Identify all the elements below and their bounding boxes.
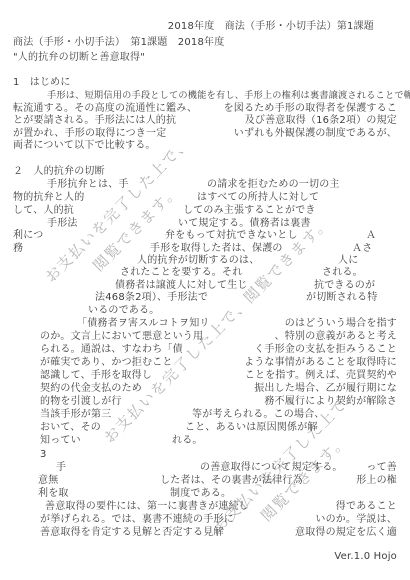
text-fragment: 制度である。	[170, 488, 231, 500]
text-fragment: 手形を取得した者は、保護の	[150, 243, 283, 255]
text-fragment: Ａさ	[352, 243, 372, 255]
text-fragment: のはどういう場合を指す	[285, 318, 397, 330]
text-fragment: 契約の代金支払のため	[40, 383, 142, 395]
text-fragment: 振出した場合、乙が履行期にな	[254, 383, 397, 395]
document-page: お支払いを完了した上で、閲覧できます。お支払いを完了した上で、閲覧できます。お支…	[0, 0, 410, 580]
text-fragment: が置かれ、手形の取得につき一定	[13, 128, 166, 140]
text-fragment: 善意取得を肯定する見解と否定する見解	[40, 527, 224, 539]
text-fragment: した者は、その裏書が法律行為	[160, 475, 303, 487]
text-fragment: 転流通する。その高度の流通性に鑑み、	[13, 103, 197, 115]
text-fragment: 善意取得の要件には、第一に裏書きが連続し	[45, 501, 249, 513]
section-2-heading: ２ 人的抗弁の切断	[13, 166, 105, 178]
text-fragment: 債務者は譲渡人に対して生じ	[115, 280, 248, 292]
text-fragment: 法468条2項）、手形法で	[95, 292, 208, 304]
text-fragment: いのか。学説は、	[315, 514, 397, 526]
text-fragment: 両者について以下で比較する。	[13, 140, 156, 152]
text-fragment: 手形法	[47, 218, 78, 230]
text-fragment: 人に	[338, 255, 358, 267]
text-fragment: いずれも外観保護の制度であるが、	[234, 128, 397, 140]
text-fragment: られる。通説は、すなわち「債	[40, 344, 183, 356]
text-fragment: してのみ主張することができ	[183, 205, 316, 217]
text-fragment: 等が考えられる。この場合、	[192, 409, 325, 421]
text-fragment: 当該手形が第三	[40, 409, 111, 421]
header-line: 2018年度 商法（手形・小切手法）第1課題	[168, 21, 374, 33]
text-fragment: って善	[366, 462, 397, 474]
text-fragment: 的物を引渡しが行	[40, 396, 122, 408]
text-fragment: いて規定する。債務者は裏書	[178, 218, 311, 230]
text-fragment: 、特別の意義があると考え	[275, 331, 397, 343]
text-fragment: を図るため手形の取得者を保護するこ	[224, 103, 397, 115]
text-fragment: が切断される特	[306, 292, 377, 304]
title-line: 商法（手形・小切手法） 第1課題 2018年度	[13, 37, 224, 49]
text-fragment: 物的抗弁と人的	[13, 192, 84, 204]
section-1-heading: 1 はじめに	[13, 77, 71, 89]
text-fragment: 務不履行により契約が解除さ	[264, 396, 397, 408]
text-fragment: 知ってい	[40, 435, 81, 447]
text-fragment: おいて、その	[40, 422, 101, 434]
text-fragment: 意無	[38, 475, 58, 487]
text-fragment: ような事情があることを取得時に	[244, 357, 397, 369]
text-fragment: 及び善意取得（16条2項）の規定	[245, 115, 397, 127]
subtitle-line: "人的抗弁の切断と善意取得"	[13, 52, 145, 64]
text-fragment: こと、あるいは原因関係が解	[185, 422, 318, 434]
text-fragment: 利を取	[38, 488, 69, 500]
text-fragment: が挙げられる。では、裏書不連続の手形に	[40, 514, 234, 526]
text-fragment: 手	[56, 462, 66, 474]
text-fragment: 抗できるのが	[314, 280, 375, 292]
text-fragment: 利につ	[13, 230, 43, 242]
text-fragment: 「債務者ヲ害スルコトヲ知リ	[77, 318, 210, 330]
text-fragment: が確実であり、かつ拒むこと	[40, 357, 173, 369]
text-fragment: 認識して、手形を取得し	[40, 370, 152, 382]
text-fragment: の善意取得について規定する。	[200, 462, 343, 474]
text-fragment: とが要請される。手形法には人的抗	[13, 115, 176, 127]
text-fragment: 得であること	[336, 501, 397, 513]
text-fragment: 手形は、短期信用の手段としての機能を有し、手形上の権利は裏書譲渡されることで輾	[47, 90, 410, 102]
text-fragment: はすべての所持人に対して	[197, 192, 319, 204]
version-label: Ver.1.0 Hojo	[334, 551, 397, 563]
text-fragment: Ａ	[366, 230, 376, 242]
text-fragment: の請求を拒むための一切の主	[207, 179, 340, 191]
text-fragment: く手形金の支払を拒みうること	[254, 344, 397, 356]
text-fragment: のか。文言上において悪意という用	[40, 331, 203, 343]
text-fragment: される。	[322, 267, 363, 279]
text-fragment: いるのである。	[88, 305, 159, 317]
text-fragment: 弁をもって対抗できないとし	[165, 230, 298, 242]
text-fragment: 形上の権	[356, 475, 397, 487]
text-fragment: れる。	[172, 435, 203, 447]
text-fragment: 意取得の規定を広く適	[295, 527, 397, 539]
text-fragment: されたことを要する。それ	[120, 267, 242, 279]
text-fragment: 務	[13, 243, 23, 255]
text-fragment: 手形抗弁とは、手	[47, 179, 129, 191]
text-fragment: して、人的抗	[13, 205, 74, 217]
text-fragment: ことを指す。例えば、売買契約や	[245, 370, 397, 382]
section-3-heading: 3	[40, 449, 47, 461]
text-fragment: 人的抗弁が切断するのは、	[137, 255, 259, 267]
